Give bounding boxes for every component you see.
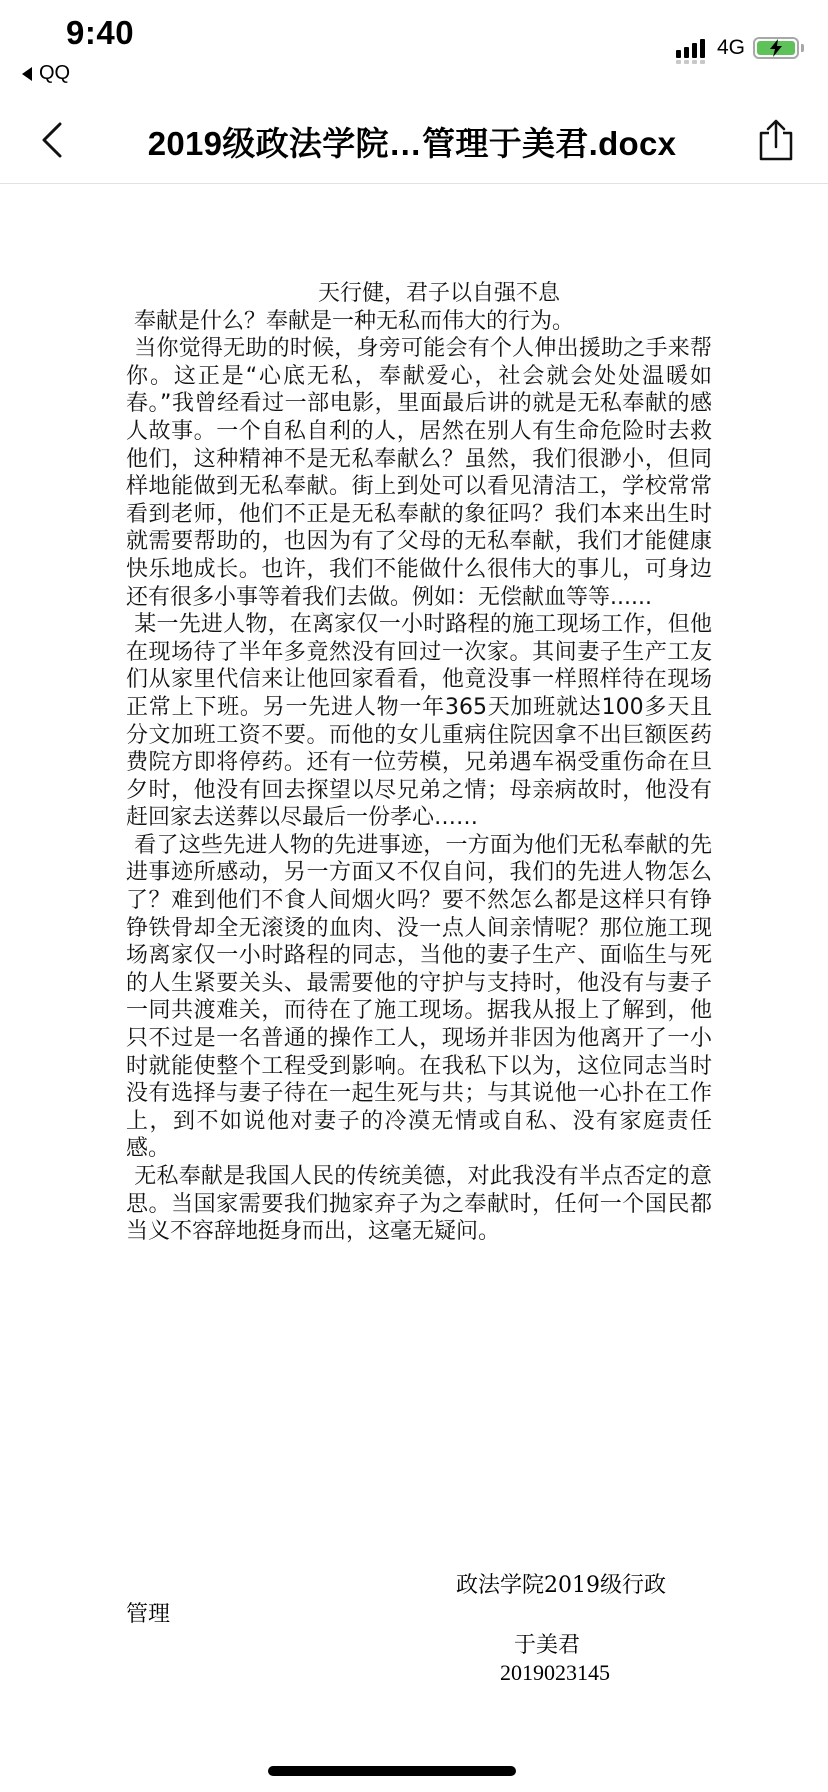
- paragraph: 某一先进人物，在离家仅一小时路程的施工现场工作，但他在现场待了半年多竟然没有回过…: [126, 611, 712, 832]
- back-triangle-icon: [22, 67, 32, 81]
- home-indicator[interactable]: [268, 1766, 516, 1776]
- screen: 9:40 QQ 4G: [0, 0, 828, 1792]
- chevron-left-icon: [41, 122, 63, 158]
- signature-name: 于美君: [514, 1628, 580, 1659]
- status-bar: 9:40 QQ 4G: [0, 0, 828, 90]
- signature-organization: 政法学院2019级行政: [456, 1568, 666, 1599]
- document-heading: 天行健，君子以自强不息: [126, 280, 712, 308]
- share-icon: [758, 119, 794, 161]
- signature-student-id: 2019023145: [500, 1660, 610, 1686]
- battery-charging-icon: [753, 37, 804, 59]
- document-title: 2019级政法学院…管理于美君.docx: [132, 118, 692, 165]
- paragraph: 无私奉献是我国人民的传统美德，对此我没有半点否定的意思。当国家需要我们抛家弃子为…: [126, 1163, 712, 1246]
- signature-organization-continued: 管理: [126, 1597, 170, 1628]
- back-button[interactable]: [34, 120, 70, 160]
- status-time: 9:40: [66, 14, 134, 52]
- paragraph: 看了这些先进人物的先进事迹，一方面为他们无私奉献的先进事迹所感动，另一方面又不仅…: [126, 832, 712, 1163]
- paragraph: 奉献是什么？奉献是一种无私而伟大的行为。: [126, 308, 712, 336]
- back-app-label: QQ: [39, 62, 70, 85]
- lightning-bolt-icon: [768, 39, 784, 57]
- network-type: 4G: [717, 36, 745, 60]
- share-button[interactable]: [754, 118, 798, 162]
- navigation-bar: 2019级政法学院…管理于美君.docx: [0, 96, 828, 184]
- cellular-signal-icon: [676, 38, 705, 58]
- back-to-app-link[interactable]: QQ: [22, 62, 70, 85]
- paragraph: 当你觉得无助的时候，身旁可能会有个人伸出援助之手来帮你。这正是“心底无私，奉献爱…: [126, 335, 712, 611]
- status-indicators: 4G: [676, 36, 804, 60]
- document-body: 天行健，君子以自强不息 奉献是什么？奉献是一种无私而伟大的行为。 当你觉得无助的…: [126, 280, 712, 1246]
